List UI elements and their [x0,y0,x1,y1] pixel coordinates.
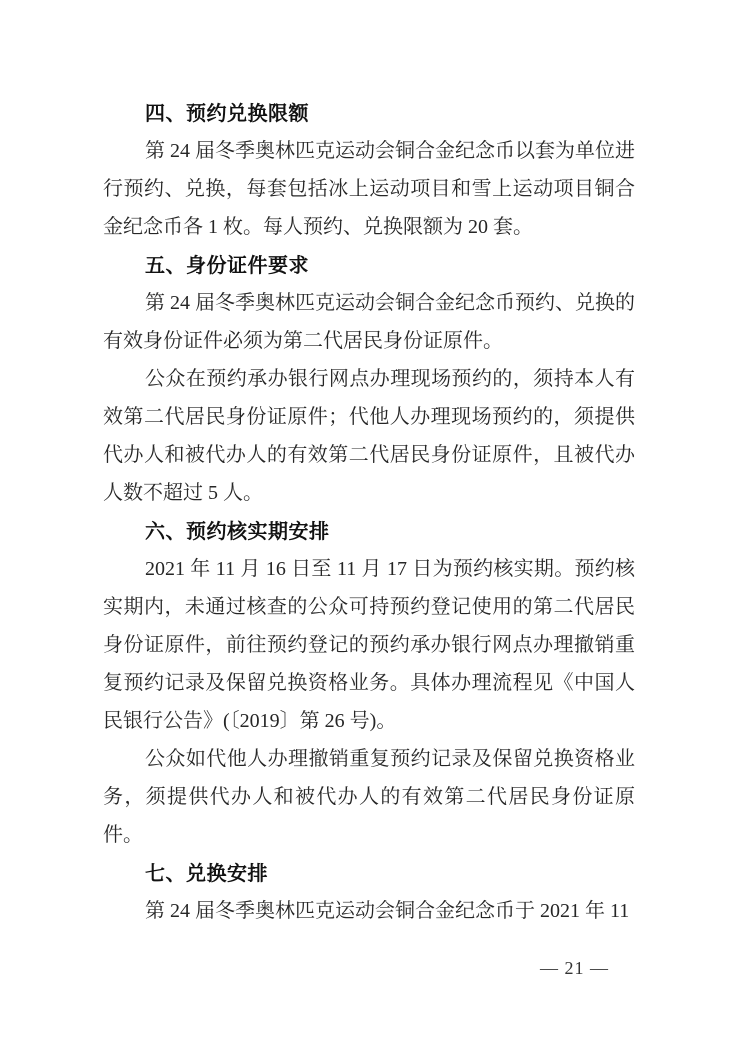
section-heading-exchange-arrangement: 七、兑换安排 [103,854,635,892]
document-body: 四、预约兑换限额 第 24 届冬季奥林匹克运动会铜合金纪念币以套为单位进行预约、… [103,94,635,930]
paragraph: 第 24 届冬季奥林匹克运动会铜合金纪念币预约、兑换的有效身份证件必须为第二代居… [103,284,635,360]
section-heading-id-document-requirements: 五、身份证件要求 [103,246,635,284]
paragraph: 第 24 届冬季奥林匹克运动会铜合金纪念币以套为单位进行预约、兑换，每套包括冰上… [103,132,635,246]
section-heading-reservation-exchange-limit: 四、预约兑换限额 [103,94,635,132]
section-heading-reservation-verification-period: 六、预约核实期安排 [103,512,635,550]
paragraph: 公众如代他人办理撤销重复预约记录及保留兑换资格业务，须提供代办人和被代办人的有效… [103,740,635,854]
paragraph: 2021 年 11 月 16 日至 11 月 17 日为预约核实期。预约核实期内… [103,550,635,740]
paragraph: 第 24 届冬季奥林匹克运动会铜合金纪念币于 2021 年 11 [103,892,635,930]
paragraph: 公众在预约承办银行网点办理现场预约的，须持本人有效第二代居民身份证原件；代他人办… [103,360,635,512]
document-page: 四、预约兑换限额 第 24 届冬季奥林匹克运动会铜合金纪念币以套为单位进行预约、… [0,0,740,1047]
page-number: — 21 — [540,955,609,981]
